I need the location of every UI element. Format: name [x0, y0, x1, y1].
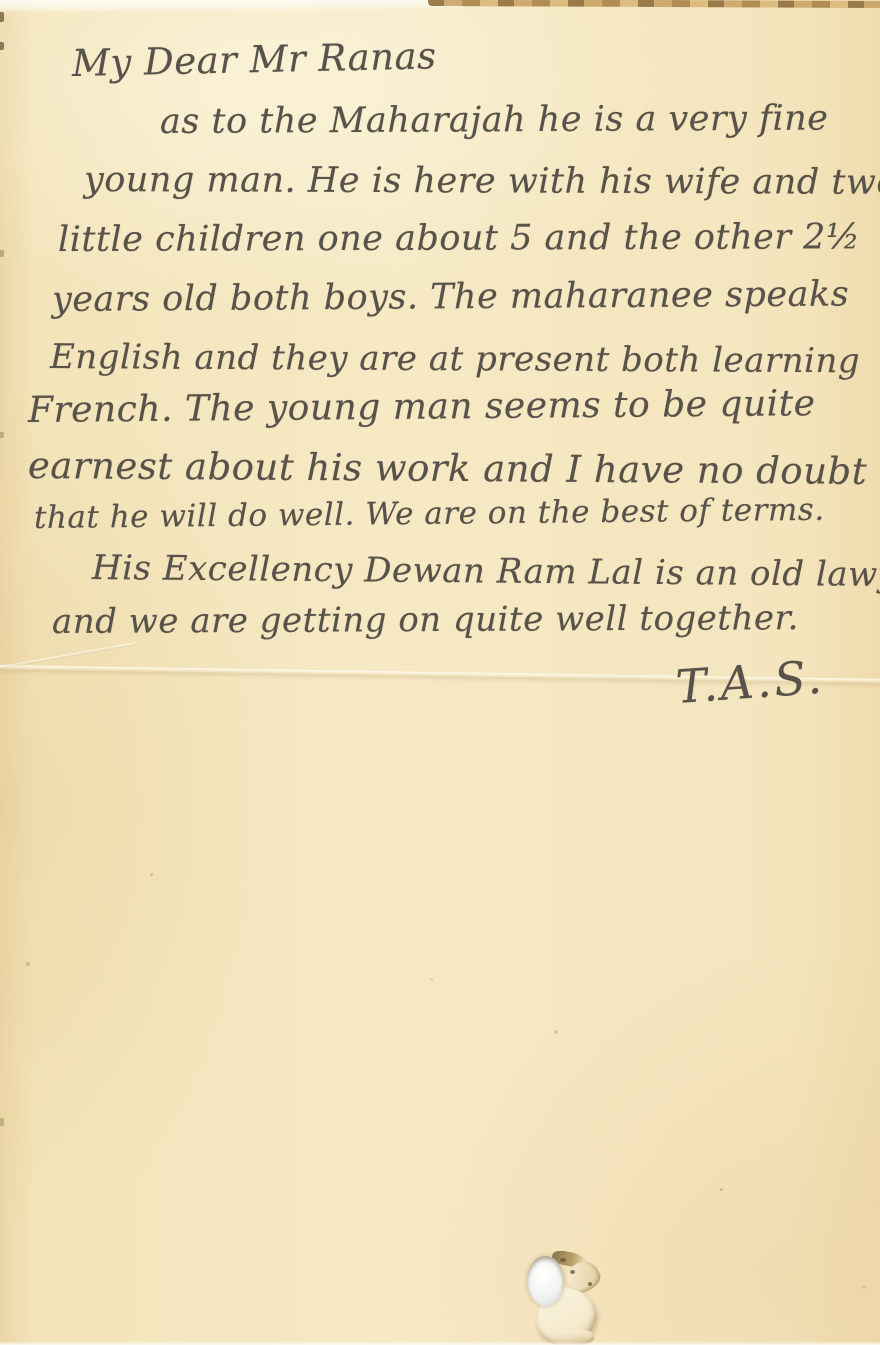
- scan-edge-mark: [0, 42, 4, 50]
- paper-speck: [26, 962, 30, 966]
- letter-line: and we are getting on quite well togethe…: [52, 598, 799, 642]
- letter-line: His Excellency Dewan Ram Lal is an old l…: [92, 548, 880, 595]
- salutation: My Dear Mr Ranas: [72, 34, 437, 85]
- paper-speck: [862, 1285, 866, 1289]
- paper-top-edge-dark: [428, 0, 880, 8]
- scan-edge-mark: [0, 12, 4, 22]
- paper-speck: [720, 1188, 723, 1191]
- tear-speck: [588, 1282, 592, 1286]
- scan-edge-mark: [0, 1118, 4, 1126]
- punch-hole: [527, 1256, 564, 1306]
- letter-line: French. The young man seems to be quite: [28, 383, 816, 431]
- letter-line: that he will do well. We are on the best…: [34, 492, 825, 536]
- letter-line: English and they are at present both lea…: [50, 337, 860, 381]
- letter-line: years old both boys. The maharanee speak…: [52, 274, 849, 320]
- signature: T.A.S.: [674, 650, 826, 714]
- letter-line: as to the Maharajah he is a very fine: [160, 99, 829, 142]
- paper-speck: [430, 978, 433, 981]
- letter-line: young man. He is here with his wife and …: [84, 160, 880, 203]
- paper-top-edge-highlight: [0, 0, 464, 14]
- letter-line: earnest about his work and I have no dou…: [28, 444, 867, 493]
- letter-page: My Dear Mr Ranas as to the Maharajah he …: [0, 0, 880, 1345]
- scan-edge-mark: [0, 432, 4, 438]
- tear-speck: [570, 1270, 575, 1274]
- paper-speck: [150, 873, 153, 876]
- letter-line: little children one about 5 and the othe…: [58, 217, 860, 260]
- tear-speck: [560, 1258, 566, 1262]
- paper-bottom-edge: [0, 1341, 880, 1345]
- paper-speck: [554, 1030, 558, 1034]
- scan-edge-mark: [0, 250, 4, 257]
